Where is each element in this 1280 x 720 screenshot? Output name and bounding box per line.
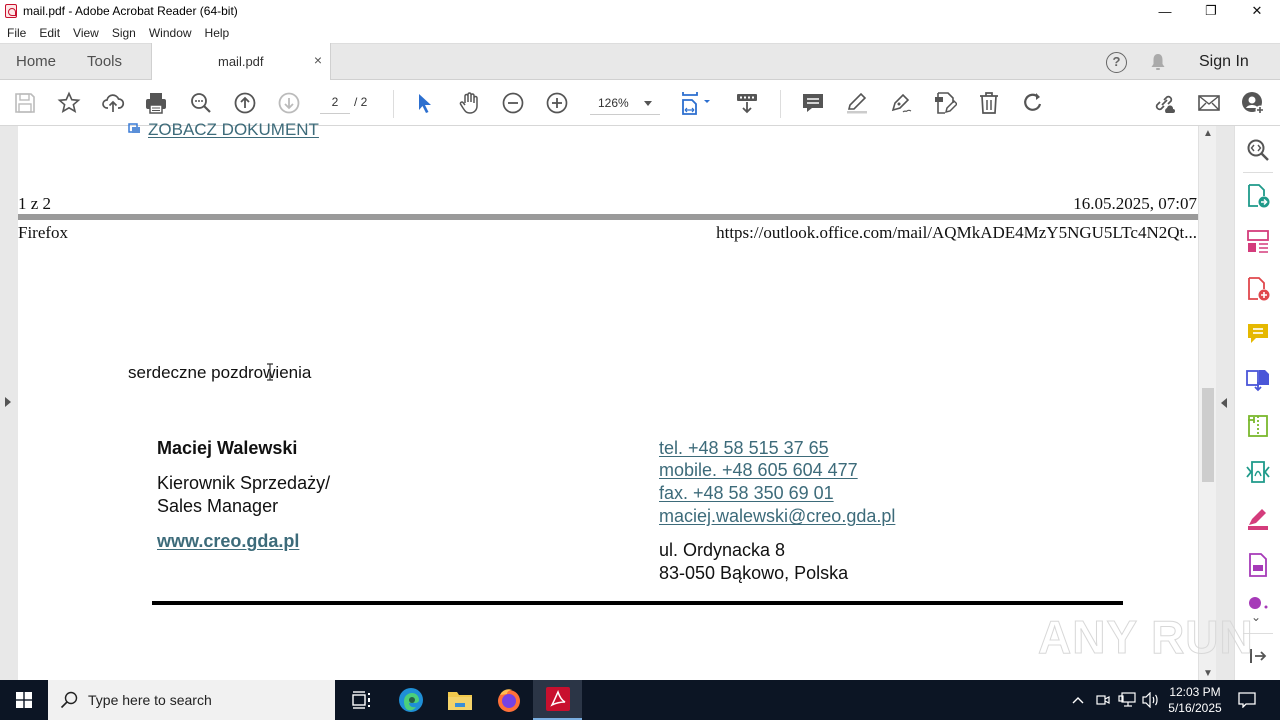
scan-icon[interactable] — [1246, 460, 1270, 484]
print-icon[interactable] — [144, 91, 168, 115]
zoom-out-icon[interactable] — [501, 91, 525, 115]
close-window-button[interactable]: ✕ — [1234, 0, 1280, 22]
page2-header-browser: Firefox — [18, 223, 68, 243]
network-icon — [1118, 692, 1136, 708]
tab-document-label: mail.pdf — [218, 54, 264, 69]
start-button[interactable] — [0, 680, 48, 720]
zoom-level-dropdown[interactable]: 126% — [590, 92, 660, 115]
show-hidden-icons-button[interactable] — [1068, 680, 1088, 720]
rotate-icon[interactable] — [1021, 91, 1045, 115]
combine-files-icon[interactable] — [1246, 368, 1270, 392]
compress-icon[interactable] — [1246, 414, 1270, 438]
greeting-text: serdeczne pozdrowienia — [128, 363, 311, 383]
document-link-icon — [128, 122, 146, 134]
volume-tray[interactable] — [1141, 680, 1161, 720]
tools-pane: ⌄ — [1234, 126, 1280, 680]
sign-in-button[interactable]: Sign In — [1199, 53, 1249, 71]
zoom-level-value: 126% — [598, 96, 629, 110]
clock-date: 5/16/2025 — [1160, 700, 1230, 716]
select-cursor-icon[interactable] — [413, 91, 437, 115]
system-clock[interactable]: 12:03 PM 5/16/2025 — [1160, 684, 1230, 716]
task-view-icon — [351, 691, 371, 709]
acrobat-app-icon — [5, 4, 17, 18]
search-zoom-icon[interactable] — [1246, 138, 1270, 162]
right-panel-toggle[interactable] — [1216, 126, 1234, 680]
bookmark-star-icon[interactable] — [57, 91, 81, 115]
save-icon[interactable] — [13, 91, 37, 115]
upload-cloud-icon[interactable] — [101, 91, 125, 115]
fill-sign-icon[interactable] — [1246, 507, 1270, 531]
more-tools-icon[interactable] — [1246, 596, 1270, 610]
highlight-icon[interactable] — [845, 91, 869, 115]
protect-icon[interactable] — [1246, 553, 1270, 577]
email-icon[interactable] — [1197, 91, 1221, 115]
mobile-link[interactable]: mobile. +48 605 604 477 — [659, 460, 858, 481]
pdf-page: ZOBACZ DOKUMENT 1 z 2 16.05.2025, 07:07 … — [18, 126, 1198, 680]
next-page-icon[interactable] — [277, 91, 301, 115]
taskbar-edge[interactable] — [386, 680, 435, 720]
page-number-input[interactable]: 2 — [320, 92, 350, 114]
search-placeholder: Type here to search — [88, 692, 212, 708]
notification-bell-icon[interactable] — [1150, 53, 1166, 71]
add-user-icon[interactable] — [1241, 91, 1265, 115]
scroll-up-icon[interactable]: ▲ — [1203, 128, 1213, 139]
signature-title-pl: Kierownik Sprzedaży/ — [157, 473, 330, 494]
delete-icon[interactable] — [977, 91, 1001, 115]
sign-pen-icon[interactable] — [889, 91, 913, 115]
help-icon[interactable]: ? — [1106, 52, 1127, 73]
tab-document[interactable]: mail.pdf × — [151, 43, 331, 80]
zoom-in-icon[interactable] — [545, 91, 569, 115]
collapse-right-panel-icon — [1221, 398, 1227, 408]
tel-link[interactable]: tel. +48 58 515 37 65 — [659, 438, 829, 459]
scroll-down-icon[interactable]: ▼ — [1203, 668, 1213, 679]
task-view-button[interactable] — [336, 680, 385, 720]
tab-bar: Home Tools mail.pdf × ? Sign In — [0, 43, 1280, 80]
search-icon — [60, 691, 78, 709]
find-icon[interactable] — [189, 91, 213, 115]
expand-left-panel-icon — [5, 397, 11, 407]
page1-footer-page-count: 1 z 2 — [18, 194, 51, 214]
page2-header-url: https://outlook.office.com/mail/AQMkADE4… — [716, 223, 1197, 243]
menu-bar: File Edit View Sign Window Help — [0, 22, 1280, 43]
network-tray[interactable] — [1117, 680, 1137, 720]
hand-icon[interactable] — [457, 91, 481, 115]
edit-pdf-icon[interactable] — [933, 91, 957, 115]
signature-divider — [152, 601, 1123, 605]
chevron-down-icon — [644, 101, 652, 106]
scroll-mode-icon[interactable] — [735, 91, 759, 115]
minimize-button[interactable]: — — [1142, 0, 1188, 22]
window-title: mail.pdf - Adobe Acrobat Reader (64-bit) — [23, 4, 238, 18]
taskbar-file-explorer[interactable] — [435, 680, 484, 720]
website-link[interactable]: www.creo.gda.pl — [157, 531, 299, 552]
meet-now-tray[interactable] — [1094, 680, 1112, 720]
action-center-icon — [1238, 692, 1256, 708]
page-separator — [18, 214, 1198, 220]
menu-help[interactable]: Help — [198, 26, 236, 40]
camera-icon — [1096, 693, 1110, 707]
taskbar-search-box[interactable]: Type here to search — [48, 680, 335, 720]
fit-page-icon[interactable] — [680, 91, 714, 115]
tab-home[interactable]: Home — [16, 53, 56, 70]
anyrun-watermark: ANY RUN — [1038, 610, 1254, 664]
signature-name: Maciej Walewski — [157, 438, 297, 459]
organize-pages-icon[interactable] — [1246, 230, 1270, 254]
fax-link[interactable]: fax. +48 58 350 69 01 — [659, 483, 834, 504]
menu-file[interactable]: File — [0, 26, 32, 40]
taskbar-acrobat[interactable] — [533, 680, 582, 720]
clock-time: 12:03 PM — [1160, 684, 1230, 700]
menu-edit[interactable]: Edit — [32, 26, 66, 40]
scrollbar-thumb[interactable] — [1202, 388, 1214, 482]
email-link[interactable]: maciej.walewski@creo.gda.pl — [659, 506, 895, 527]
taskbar-firefox[interactable] — [484, 680, 533, 720]
folder-icon — [447, 689, 473, 711]
tab-tools[interactable]: Tools — [87, 53, 122, 70]
comment-icon[interactable] — [801, 91, 825, 115]
notification-center-button[interactable] — [1232, 680, 1262, 720]
title-bar: mail.pdf - Adobe Acrobat Reader (64-bit)… — [0, 0, 1280, 22]
speaker-icon — [1142, 692, 1160, 708]
comment-tool-icon[interactable] — [1246, 322, 1270, 346]
chevron-up-icon — [1072, 696, 1084, 704]
address-street: ul. Ordynacka 8 — [659, 540, 785, 561]
windows-logo-icon — [16, 692, 32, 708]
view-document-link[interactable]: ZOBACZ DOKUMENT — [148, 120, 319, 140]
left-panel-toggle[interactable] — [0, 126, 18, 680]
signature-title-en: Sales Manager — [157, 496, 278, 517]
menu-window[interactable]: Window — [142, 26, 198, 40]
prev-page-icon[interactable] — [233, 91, 257, 115]
address-city: 83-050 Bąkowo, Polska — [659, 563, 848, 584]
restore-button[interactable]: ❐ — [1188, 0, 1234, 22]
export-pdf-icon[interactable] — [1246, 184, 1270, 208]
menu-sign[interactable]: Sign — [105, 26, 142, 40]
taskbar: Type here to search 12:03 PM 5/16/2025 — [0, 680, 1280, 720]
close-tab-icon[interactable]: × — [314, 52, 322, 68]
firefox-icon — [496, 687, 522, 713]
text-cursor-icon — [267, 363, 273, 381]
edge-browser-icon — [398, 687, 424, 713]
create-pdf-icon[interactable] — [1246, 277, 1270, 301]
acrobat-taskbar-icon — [546, 687, 570, 711]
vertical-scrollbar[interactable]: ▲ ▼ — [1198, 126, 1216, 680]
menu-view[interactable]: View — [66, 26, 105, 40]
share-link-icon[interactable] — [1152, 91, 1176, 115]
page1-footer-datetime: 16.05.2025, 07:07 — [1073, 194, 1197, 214]
page-total: / 2 — [354, 95, 367, 109]
